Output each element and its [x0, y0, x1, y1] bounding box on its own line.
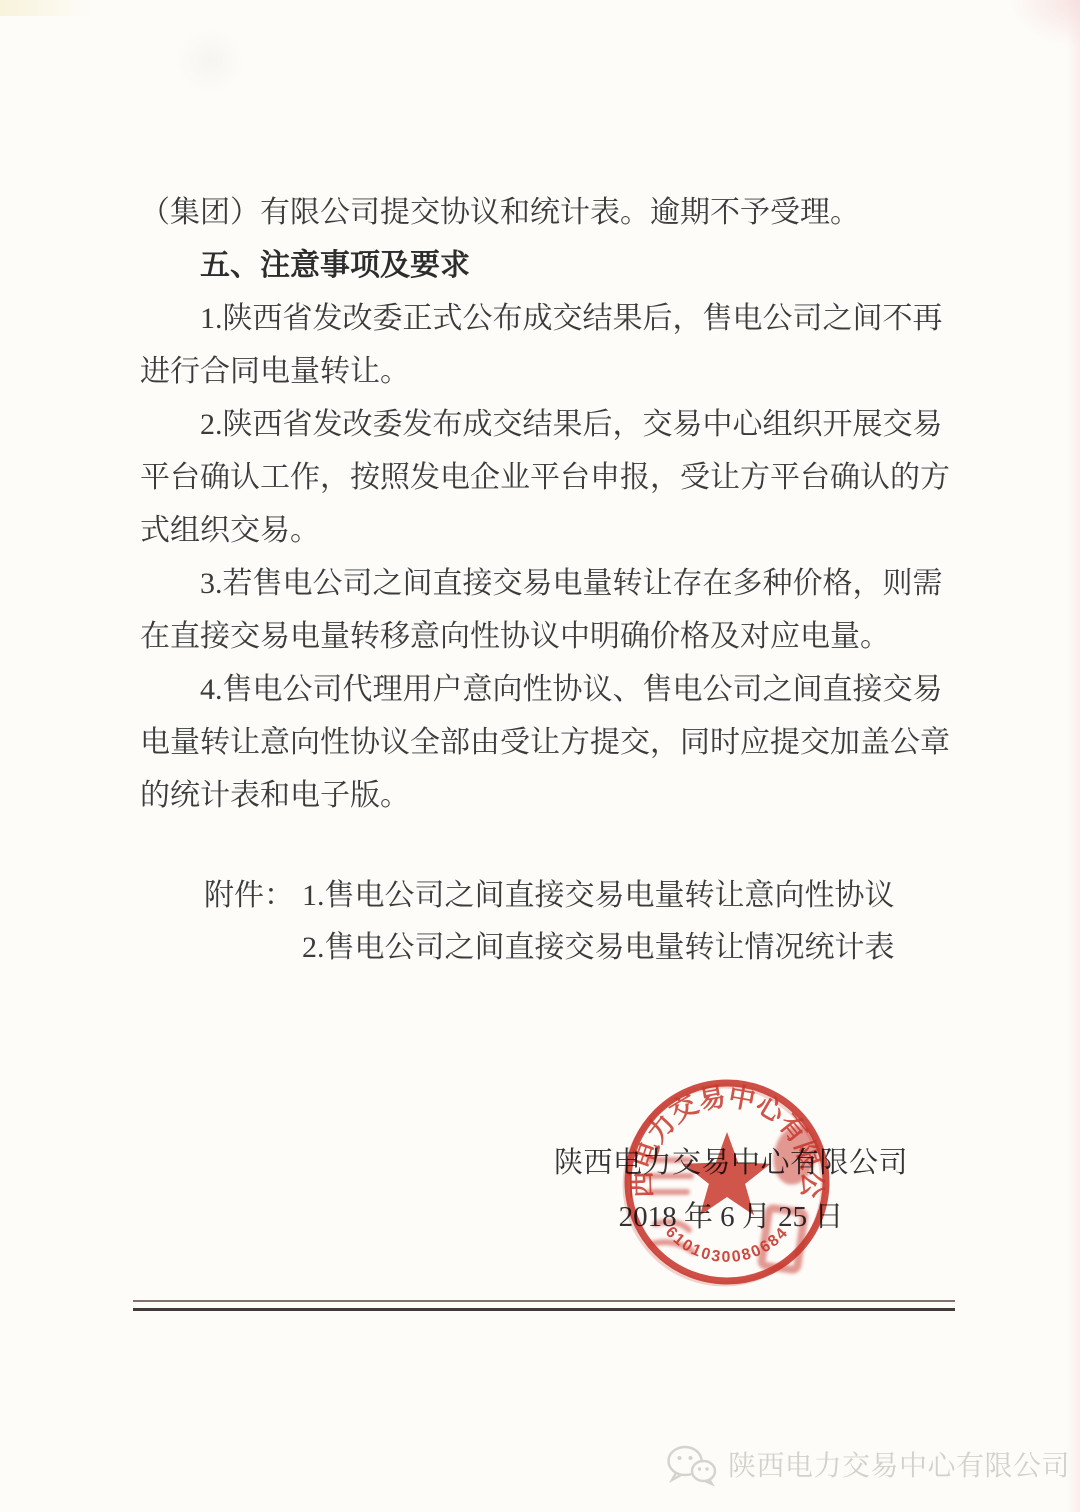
attachment-item: 2.售电公司之间直接交易电量转让情况统计表: [302, 922, 895, 974]
paper-scan-smudge: [175, 28, 245, 94]
scanned-document-page: （集团）有限公司提交协议和统计表。逾期不予受理。 五、注意事项及要求 1.陕西省…: [0, 0, 1080, 1512]
paper-tint-right-edge: [1066, 0, 1080, 1512]
body-line: 平台确认工作，按照发电企业平台申报，受让方平台确认的方: [140, 451, 960, 504]
body-line: 2.陕西省发改委发布成交结果后，交易中心组织开展交易: [140, 398, 960, 451]
footer-company-text: 陕西电力交易中心有限公司: [728, 1444, 1070, 1488]
section-heading: 五、注意事项及要求: [140, 239, 960, 292]
attachments-block: 附件： 1.售电公司之间直接交易电量转让意向性协议 2.售电公司之间直接交易电量…: [140, 870, 960, 974]
body-line: 式组织交易。: [140, 504, 960, 557]
document-body: （集团）有限公司提交协议和统计表。逾期不予受理。 五、注意事项及要求 1.陕西省…: [140, 186, 960, 974]
body-line: 的统计表和电子版。: [140, 769, 960, 822]
attachments-list: 1.售电公司之间直接交易电量转让意向性协议 2.售电公司之间直接交易电量转让情况…: [302, 870, 895, 974]
seal-star: [683, 1132, 770, 1215]
body-line: 在直接交易电量转移意向性协议中明确价格及对应电量。: [140, 610, 960, 663]
company-seal-stamp: 陕西电力交易中心有限公司 6101030080684: [597, 1052, 857, 1312]
body-line: 1.陕西省发改委正式公布成交结果后，售电公司之间不再: [140, 292, 960, 345]
body-line: 电量转让意向性协议全部由受让方提交，同时应提交加盖公章: [140, 716, 960, 769]
body-line: 进行合同电量转让。: [140, 345, 960, 398]
paper-tint-topleft: [0, 0, 95, 16]
body-line: 4.售电公司代理用户意向性协议、售电公司之间直接交易: [140, 663, 960, 716]
divider-line-thin: [133, 1300, 955, 1302]
attachment-item: 1.售电公司之间直接交易电量转让意向性协议: [302, 870, 895, 922]
divider-line-thick: [133, 1308, 955, 1311]
wechat-icon: [664, 1444, 720, 1488]
body-line: （集团）有限公司提交协议和统计表。逾期不予受理。: [140, 186, 960, 239]
footer-watermark: 陕西电力交易中心有限公司: [664, 1444, 1070, 1488]
attachments-label: 附件：: [204, 870, 294, 922]
body-line: 3.若售电公司之间直接交易电量转让存在多种价格，则需: [140, 557, 960, 610]
